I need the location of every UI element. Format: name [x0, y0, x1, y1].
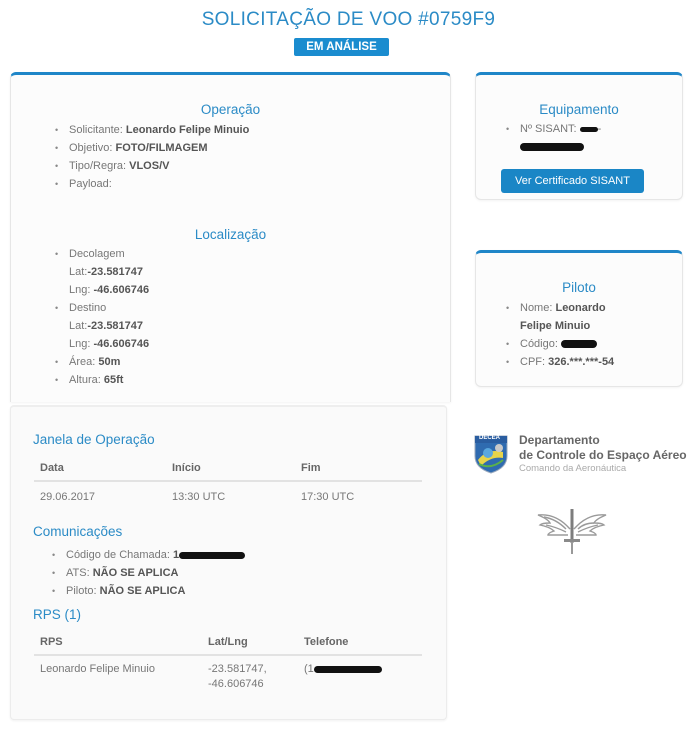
cpf-value: 326.***.***-54: [548, 356, 614, 368]
lng-value: -46.606746: [208, 678, 264, 690]
destino-lng: Lng: -46.606746: [55, 335, 450, 353]
comunicacoes-title: Comunicações: [33, 524, 122, 539]
decolagem-lng: Lng: -46.606746: [55, 281, 450, 299]
cell-latlng: -23.581747,-46.606746: [202, 655, 298, 692]
col-latlng: Lat/Lng: [202, 629, 298, 655]
decolagem-lat: Lat:-23.581747: [55, 263, 450, 281]
lng-label: Lng:: [69, 338, 93, 350]
telefone-value: (1: [304, 663, 314, 675]
cpf-label: CPF:: [520, 356, 548, 368]
piloto-com-label: Piloto:: [66, 585, 100, 597]
sisant-label: Nº SISANT:: [520, 123, 580, 135]
redacted-mark: [580, 127, 598, 132]
lat-value: -23.581747: [87, 266, 143, 278]
equipamento-list: Nº SISANT: -: [506, 120, 656, 156]
codigo-label: Código:: [520, 338, 561, 350]
logo-line3: Comando da Aeronáutica: [519, 463, 626, 474]
operacao-list: Solicitante: Leonardo Felipe Minuio Obje…: [55, 121, 450, 193]
details-panel: Janela de Operação Data Início Fim 29.06…: [10, 405, 447, 720]
logo-line1: Departamento: [519, 433, 600, 447]
col-rps: RPS: [34, 629, 202, 655]
cell-fim: 17:30 UTC: [295, 481, 422, 505]
solicitante-label: Solicitante:: [69, 124, 126, 136]
page-title: SOLICITAÇÃO DE VOO #0759F9: [0, 9, 697, 31]
piloto-codigo-item: Código:: [506, 335, 636, 353]
table-row: Leonardo Felipe Minuio -23.581747,-46.60…: [34, 655, 422, 692]
table-row: 29.06.2017 13:30 UTC 17:30 UTC: [34, 481, 422, 505]
operacao-title: Operação: [11, 102, 450, 117]
ats-item: ATS: NÃO SE APLICA: [52, 564, 245, 582]
piloto-com-item: Piloto: NÃO SE APLICA: [52, 582, 245, 600]
rps-title: RPS (1): [33, 607, 81, 622]
tipo-regra-value: VLOS/V: [129, 160, 169, 172]
objetivo-value: FOTO/FILMAGEM: [115, 142, 207, 154]
col-fim: Fim: [295, 455, 422, 481]
tipo-regra-item: Tipo/Regra: VLOS/V: [55, 157, 450, 175]
piloto-title: Piloto: [476, 280, 682, 295]
objetivo-item: Objetivo: FOTO/FILMAGEM: [55, 139, 450, 157]
piloto-com-value: NÃO SE APLICA: [100, 585, 186, 597]
altura-value: 65ft: [104, 374, 124, 386]
lat-label: Lat:: [69, 266, 87, 278]
air-force-wings-icon: [534, 505, 610, 557]
cell-inicio: 13:30 UTC: [166, 481, 295, 505]
operation-card: Operação Solicitante: Leonardo Felipe Mi…: [10, 72, 451, 402]
altura-item: Altura: 65ft: [55, 371, 450, 389]
decea-logo: DECEA Departamento de Controle do Espaço…: [470, 432, 690, 477]
ats-value: NÃO SE APLICA: [93, 567, 179, 579]
janela-title: Janela de Operação: [33, 432, 155, 447]
tipo-regra-label: Tipo/Regra:: [69, 160, 129, 172]
area-label: Área:: [69, 356, 98, 368]
logo-line2: de Controle do Espaço Aéreo: [519, 448, 687, 462]
redacted-mark: [179, 552, 245, 559]
cell-data: 29.06.2017: [34, 481, 166, 505]
piloto-cpf-item: CPF: 326.***.***-54: [506, 353, 636, 371]
rps-table: RPS Lat/Lng Telefone Leonardo Felipe Min…: [34, 629, 422, 692]
lat-value: -23.581747: [87, 320, 143, 332]
area-value: 50m: [98, 356, 120, 368]
localizacao-list: Decolagem Lat:-23.581747 Lng: -46.606746…: [55, 245, 450, 389]
objetivo-label: Objetivo:: [69, 142, 115, 154]
solicitante-item: Solicitante: Leonardo Felipe Minuio: [55, 121, 450, 139]
payload-label: Payload:: [69, 178, 112, 190]
payload-item: Payload:: [55, 175, 450, 193]
area-item: Área: 50m: [55, 353, 450, 371]
lat-label: Lat:: [69, 320, 87, 332]
localizacao-title: Localização: [11, 227, 450, 242]
col-inicio: Início: [166, 455, 295, 481]
codigo-chamada-label: Código de Chamada:: [66, 549, 173, 561]
view-sisant-certificate-button[interactable]: Ver Certificado SISANT: [501, 169, 644, 193]
redacted-mark: [314, 666, 382, 673]
piloto-list: Nome: Leonardo Felipe Minuio Código: CPF…: [506, 299, 636, 371]
redacted-mark: [561, 340, 597, 348]
decea-badge-text: DECEA: [479, 435, 500, 441]
equipamento-title: Equipamento: [476, 102, 682, 117]
janela-table: Data Início Fim 29.06.2017 13:30 UTC 17:…: [34, 455, 422, 505]
lng-value: -46.606746: [93, 284, 149, 296]
codigo-chamada-item: Código de Chamada: 1: [52, 546, 245, 564]
solicitante-value: Leonardo Felipe Minuio: [126, 124, 249, 136]
cell-telefone: (1: [298, 655, 422, 692]
comunicacoes-list: Código de Chamada: 1 ATS: NÃO SE APLICA …: [52, 546, 245, 600]
piloto-nome-item: Nome: Leonardo Felipe Minuio: [506, 299, 636, 335]
col-telefone: Telefone: [298, 629, 422, 655]
destino-lat: Lat:-23.581747: [55, 317, 450, 335]
nome-label: Nome:: [520, 302, 555, 314]
status-badge: EM ANÁLISE: [294, 38, 389, 56]
piloto-card: Piloto Nome: Leonardo Felipe Minuio Códi…: [475, 250, 683, 387]
equipamento-card: Equipamento Nº SISANT: - Ver Certificado…: [475, 72, 683, 200]
redacted-mark: [520, 143, 584, 151]
lat-value: -23.581747,: [208, 663, 267, 675]
destino-item: Destino: [55, 299, 450, 317]
decolagem-item: Decolagem: [55, 245, 450, 263]
ats-label: ATS:: [66, 567, 93, 579]
col-data: Data: [34, 455, 166, 481]
sisant-item: Nº SISANT: -: [506, 120, 656, 156]
cell-rps-nome: Leonardo Felipe Minuio: [34, 655, 202, 692]
lng-value: -46.606746: [93, 338, 149, 350]
altura-label: Altura:: [69, 374, 104, 386]
lng-label: Lng:: [69, 284, 93, 296]
